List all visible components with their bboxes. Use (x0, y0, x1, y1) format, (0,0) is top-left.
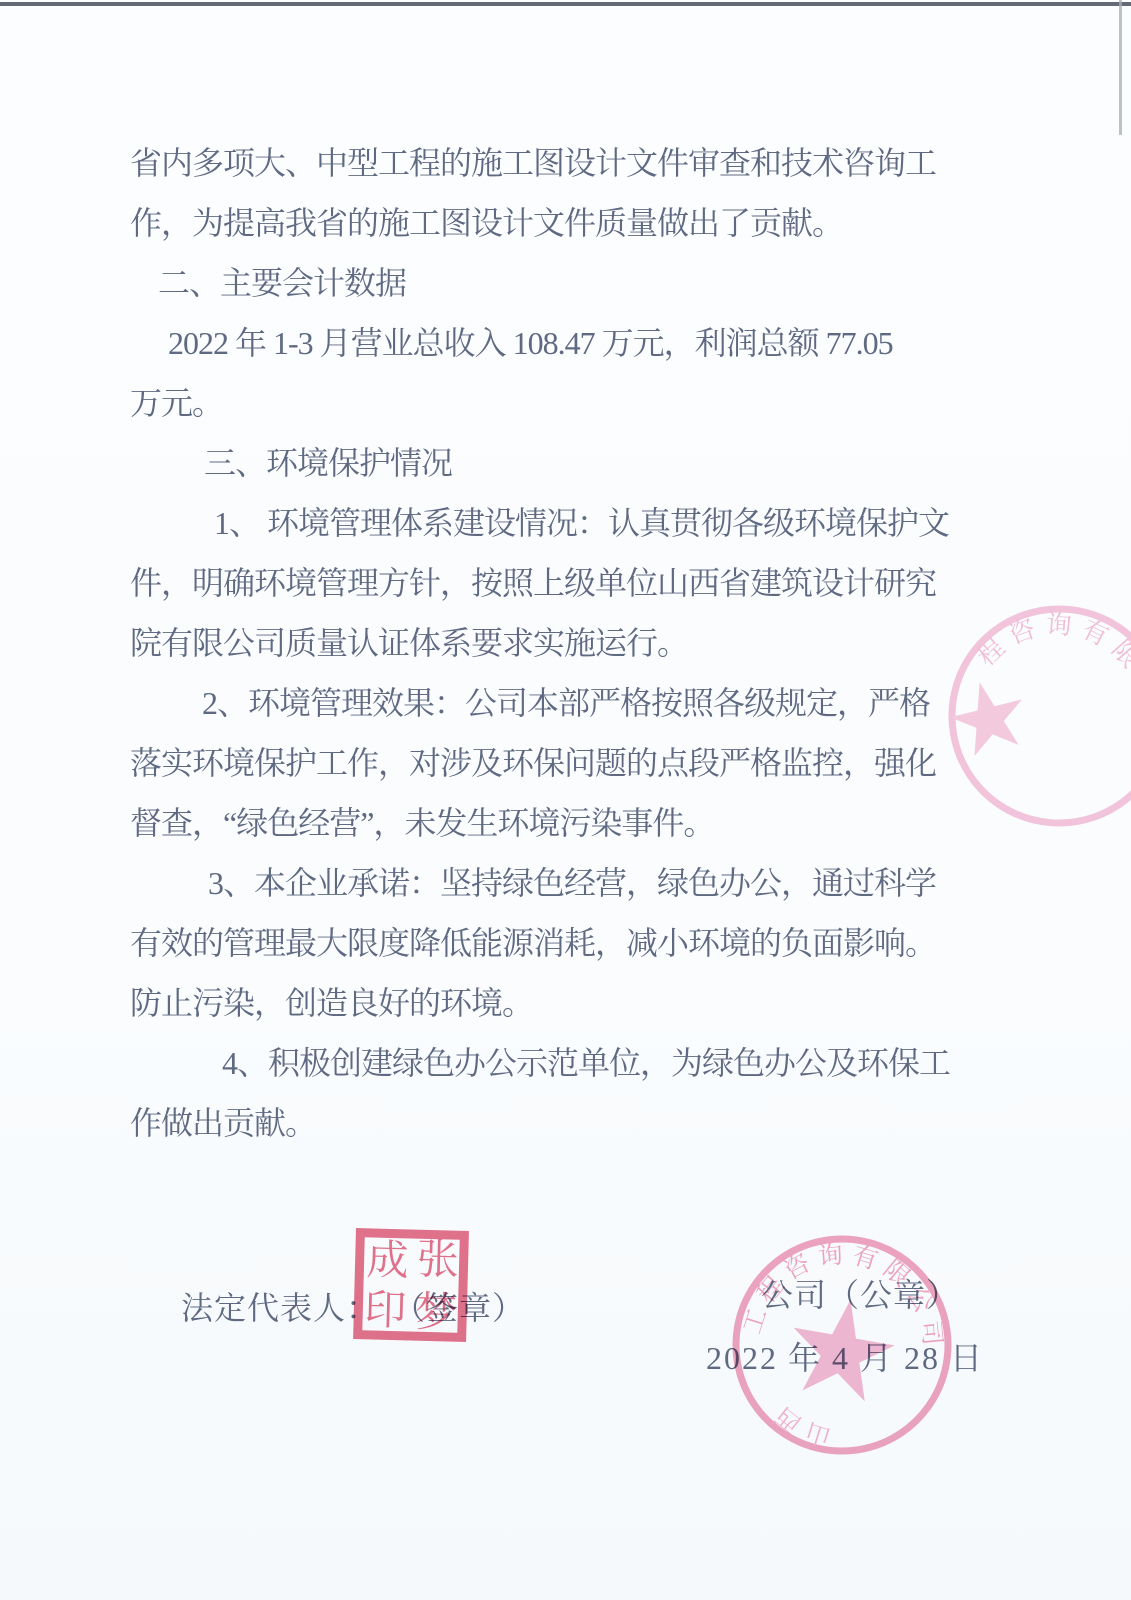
text-line: 作做出贡献。 (130, 1093, 945, 1153)
personal-name-seal-stamp: 成 张 印 梦 (353, 1228, 469, 1344)
text-line: 院有限公司质量认证体系要求实施运行。 (130, 613, 945, 673)
document-body: 省内多项大、中型工程的施工图设计文件审查和技术咨询工作，为提高我省的施工图设计文… (130, 133, 945, 1153)
legal-representative-label: 法定代表人： (181, 1283, 379, 1329)
text-line: 万元。 (130, 373, 945, 433)
seal-char-bottom-left: 印 (364, 1288, 407, 1335)
text-line: 4、积极创建绿色办公示范单位，为绿色办公及环保工 (130, 1033, 945, 1093)
seal-char-bottom-right: 梦 (415, 1290, 458, 1337)
text-line: 件，明确环境管理方针，按照上级单位山西省建筑设计研究 (130, 553, 945, 613)
scanned-document-page: 省内多项大、中型工程的施工图设计文件审查和技术咨询工作，为提高我省的施工图设计文… (0, 0, 1131, 1600)
text-line: 落实环境保护工作，对涉及环保问题的点段严格监控，强化 (130, 733, 945, 793)
text-line: 2022 年 1-3 月营业总收入 108.47 万元，利润总额 77.05 (130, 313, 945, 373)
text-line: 省内多项大、中型工程的施工图设计文件审查和技术咨询工 (130, 133, 945, 193)
text-line: 有效的管理最大限度降低能源消耗，减小环境的负面影响。 (130, 913, 945, 973)
seal-char-top-left: 成 (366, 1238, 409, 1285)
text-line: 作，为提高我省的施工图设计文件质量做出了贡献。 (130, 193, 945, 253)
text-line: 2、环境管理效果：公司本部严格按照各级规定，严格 (130, 673, 945, 733)
text-line: 督查，“绿色经营”，未发生环境污染事件。 (130, 793, 945, 853)
scan-edge-top (0, 2, 1131, 6)
company-round-seal-stamp: 工程咨询有限公司 山西 (722, 1225, 962, 1465)
seal-char-top-right: 张 (416, 1237, 459, 1284)
text-line: 防止污染，创造良好的环境。 (130, 973, 945, 1033)
scan-edge-right (1119, 0, 1122, 135)
text-line: 1、 环境管理体系建设情况：认真贯彻各级环境保护文 (130, 493, 945, 553)
edge-partial-seal-stamp: 程咨询有限公司 (941, 592, 1131, 842)
seal-star-icon (783, 1291, 901, 1405)
text-line: 二、主要会计数据 (130, 253, 945, 313)
text-line: 三、环境保护情况 (130, 433, 945, 493)
text-line: 3、本企业承诺：坚持绿色经营，绿色办公，通过科学 (130, 853, 945, 913)
